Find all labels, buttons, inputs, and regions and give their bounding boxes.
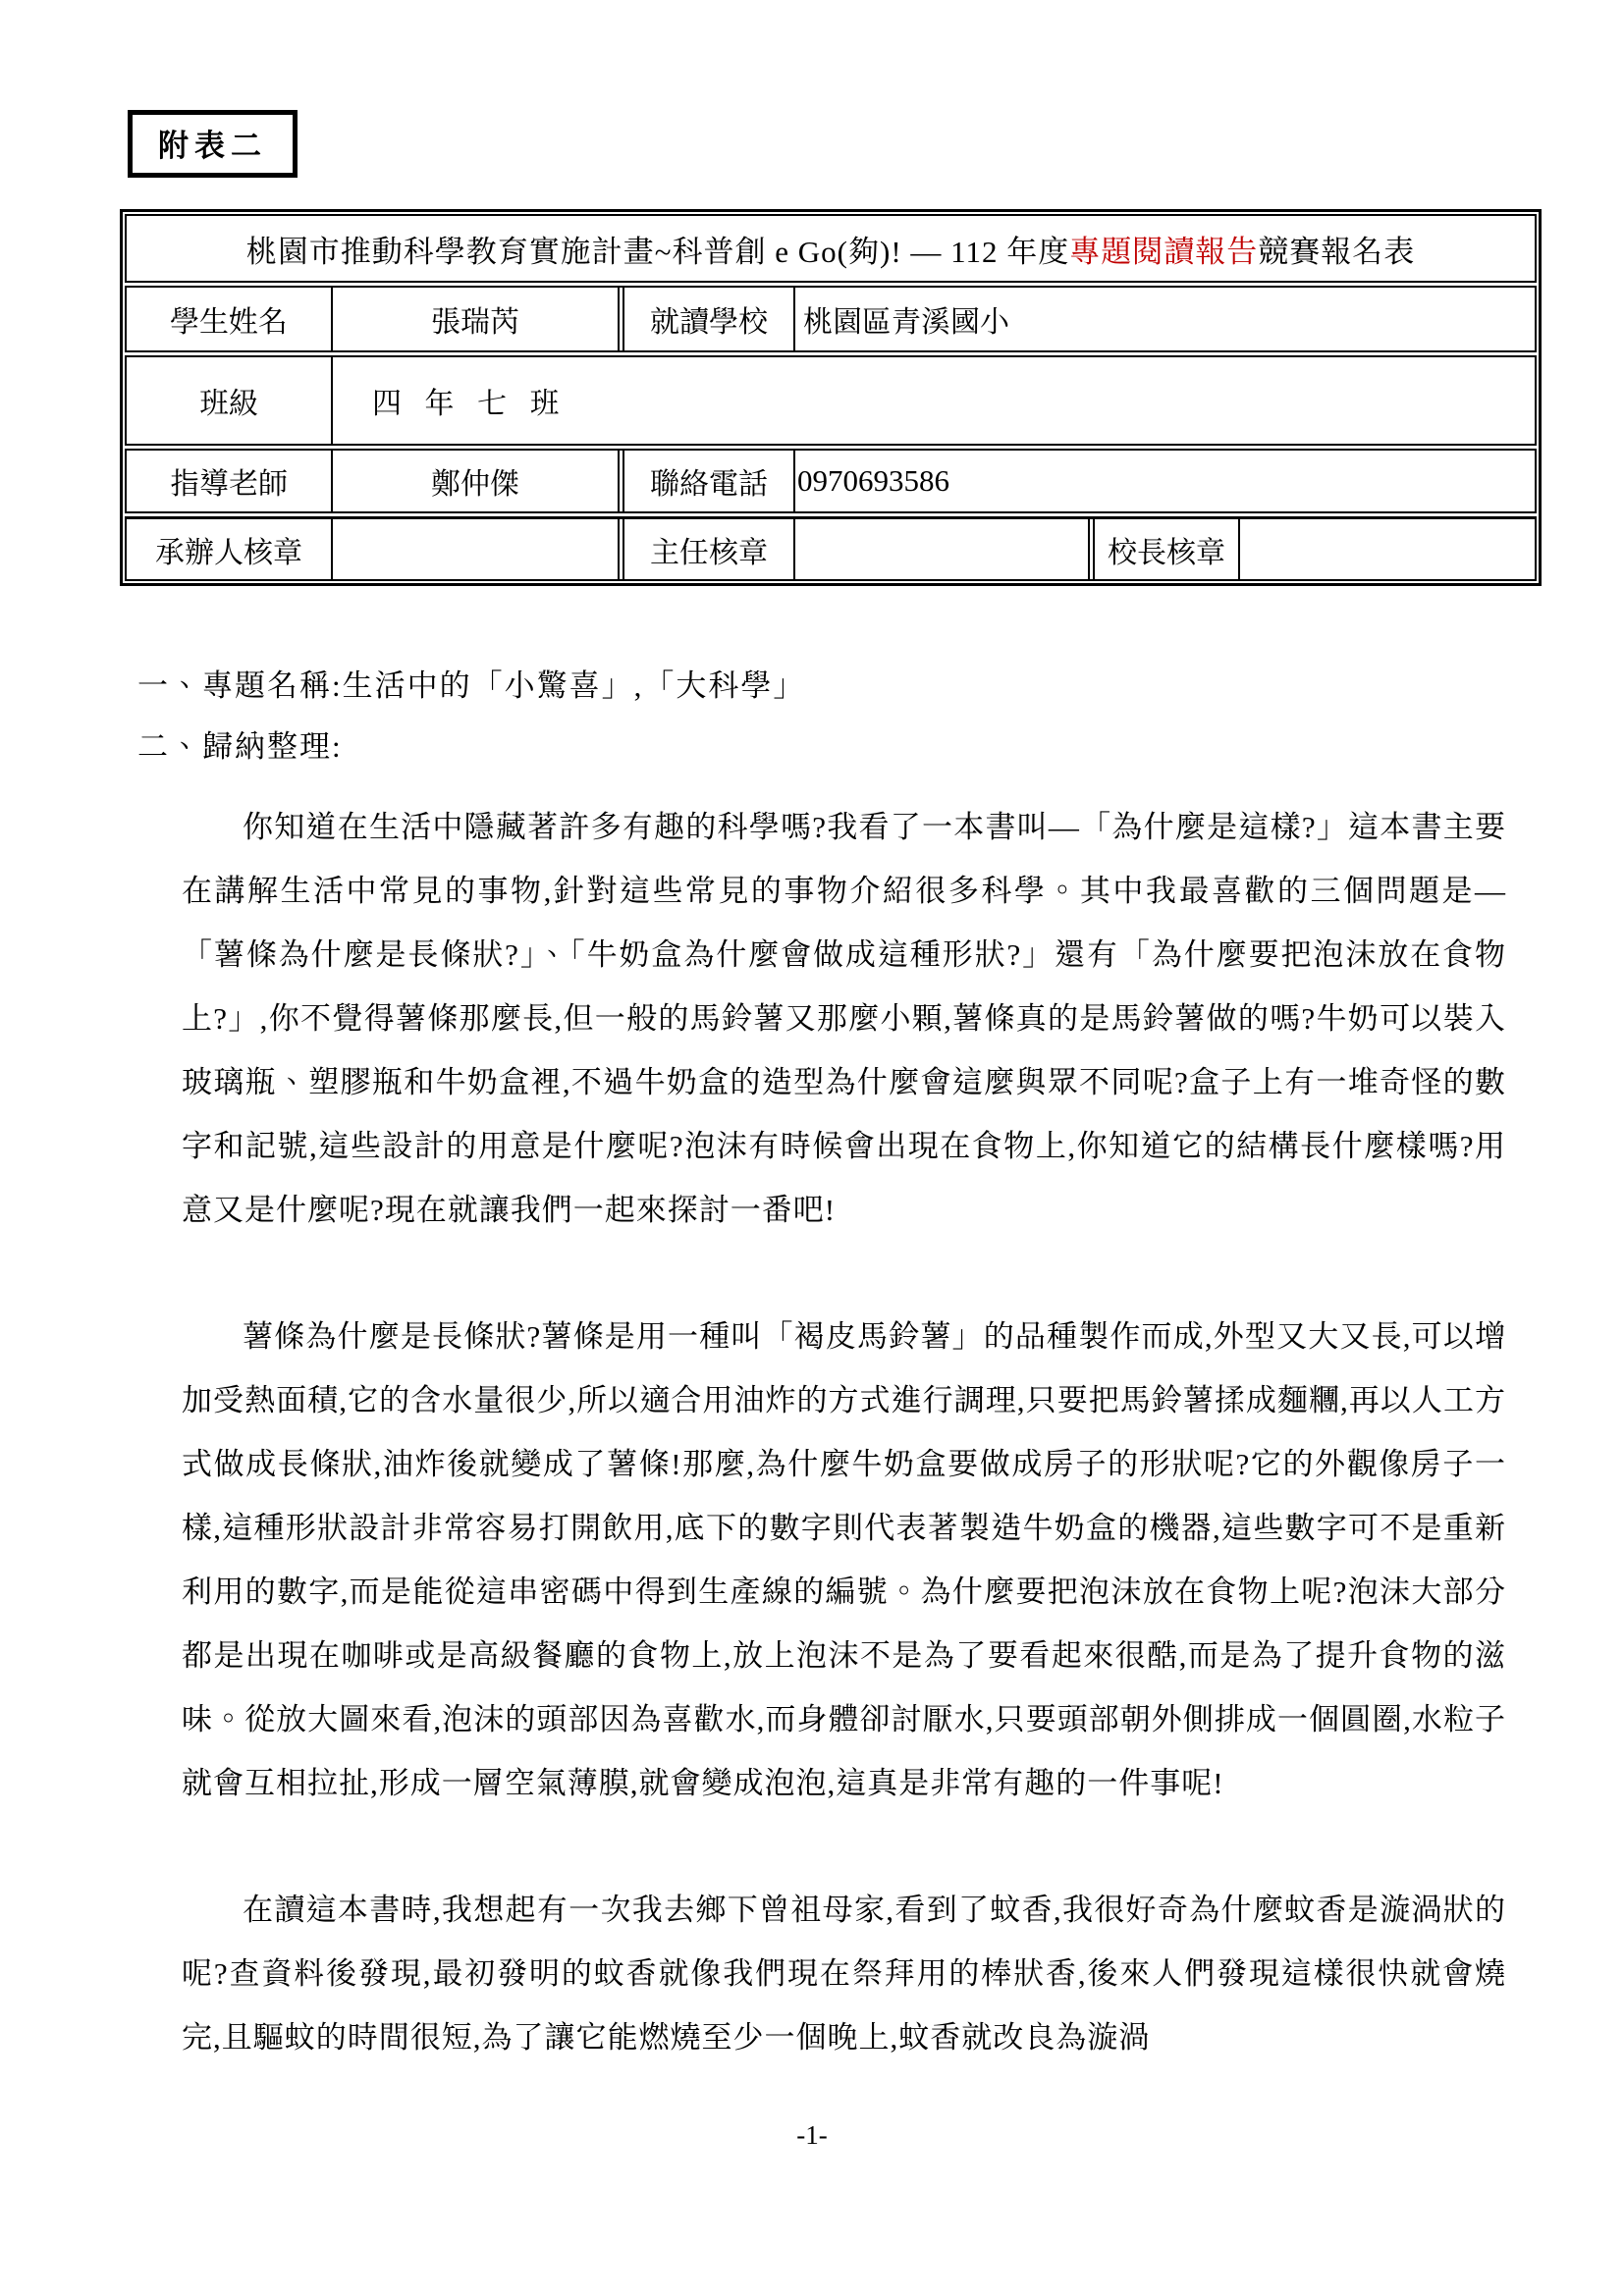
teacher-label: 指導老師 — [127, 451, 333, 511]
essay-paragraph-2: 薯條為什麼是長條狀?薯條是用一種叫「褐皮馬鈴薯」的品種製作而成,外型又大又長,可… — [182, 1305, 1506, 1815]
phone-value: 0970693586 — [795, 451, 1535, 511]
appendix-tag-box: 附表二 — [128, 110, 298, 178]
form-title-suffix: 競賽報名表 — [1258, 227, 1415, 271]
class-row: 班級 四 年 七 班 — [125, 355, 1537, 446]
essay-paragraph-1: 你知道在生活中隱藏著許多有趣的科學嗎?我看了一本書叫—「為什麼是這樣?」這本書主… — [182, 795, 1506, 1242]
essay-paragraph-3: 在讀這本書時,我想起有一次我去鄉下曾祖母家,看到了蚊香,我很好奇為什麼蚊香是漩渦… — [182, 1878, 1506, 2069]
teacher-value: 鄭仲傑 — [333, 451, 620, 511]
document-page: 附表二 桃園市推動科學教育實施計畫~科普創 e Go(夠)! — 112 年度專… — [0, 0, 1624, 2296]
director-seal-field — [795, 519, 1090, 579]
school-value: 桃園區青溪國小 — [795, 288, 1535, 350]
class-value: 四 年 七 班 — [333, 357, 1535, 444]
handler-seal-field — [333, 519, 620, 579]
essay-section: 一、專題名稱:生活中的「小驚喜」,「大科學」 二、歸納整理: 你知道在生活中隱藏… — [0, 656, 1624, 2132]
principal-seal-label: 校長核章 — [1093, 519, 1240, 579]
form-title-row: 桃園市推動科學教育實施計畫~科普創 e Go(夠)! — 112 年度專題閱讀報… — [125, 214, 1537, 283]
summary-heading: 二、歸納整理: — [0, 717, 1624, 777]
student-name-value: 張瑞芮 — [333, 288, 620, 350]
seals-row: 承辦人核章 主任核章 校長核章 — [125, 516, 1537, 581]
topic-heading: 一、專題名稱:生活中的「小驚喜」,「大科學」 — [0, 656, 1624, 717]
form-title-prefix: 桃園市推動科學教育實施計畫~科普創 e Go(夠)! — 112 年度 — [246, 227, 1070, 271]
student-row: 學生姓名 張瑞芮 就讀學校 桃園區青溪國小 — [125, 286, 1537, 352]
director-seal-label: 主任核章 — [623, 519, 795, 579]
student-name-label: 學生姓名 — [127, 288, 333, 350]
handler-seal-label: 承辦人核章 — [127, 519, 333, 579]
teacher-row: 指導老師 鄭仲傑 聯絡電話 0970693586 — [125, 449, 1537, 513]
principal-seal-field — [1240, 519, 1535, 579]
phone-label: 聯絡電話 — [623, 451, 795, 511]
page-number: -1- — [796, 2120, 827, 2151]
class-label: 班級 — [127, 357, 333, 444]
appendix-tag-label: 附表二 — [158, 129, 267, 163]
form-title: 桃園市推動科學教育實施計畫~科普創 e Go(夠)! — 112 年度專題閱讀報… — [127, 216, 1535, 281]
school-label: 就讀學校 — [623, 288, 795, 350]
registration-form-table: 桃園市推動科學教育實施計畫~科普創 e Go(夠)! — 112 年度專題閱讀報… — [120, 209, 1542, 586]
form-title-highlight: 專題閱讀報告 — [1069, 227, 1258, 271]
